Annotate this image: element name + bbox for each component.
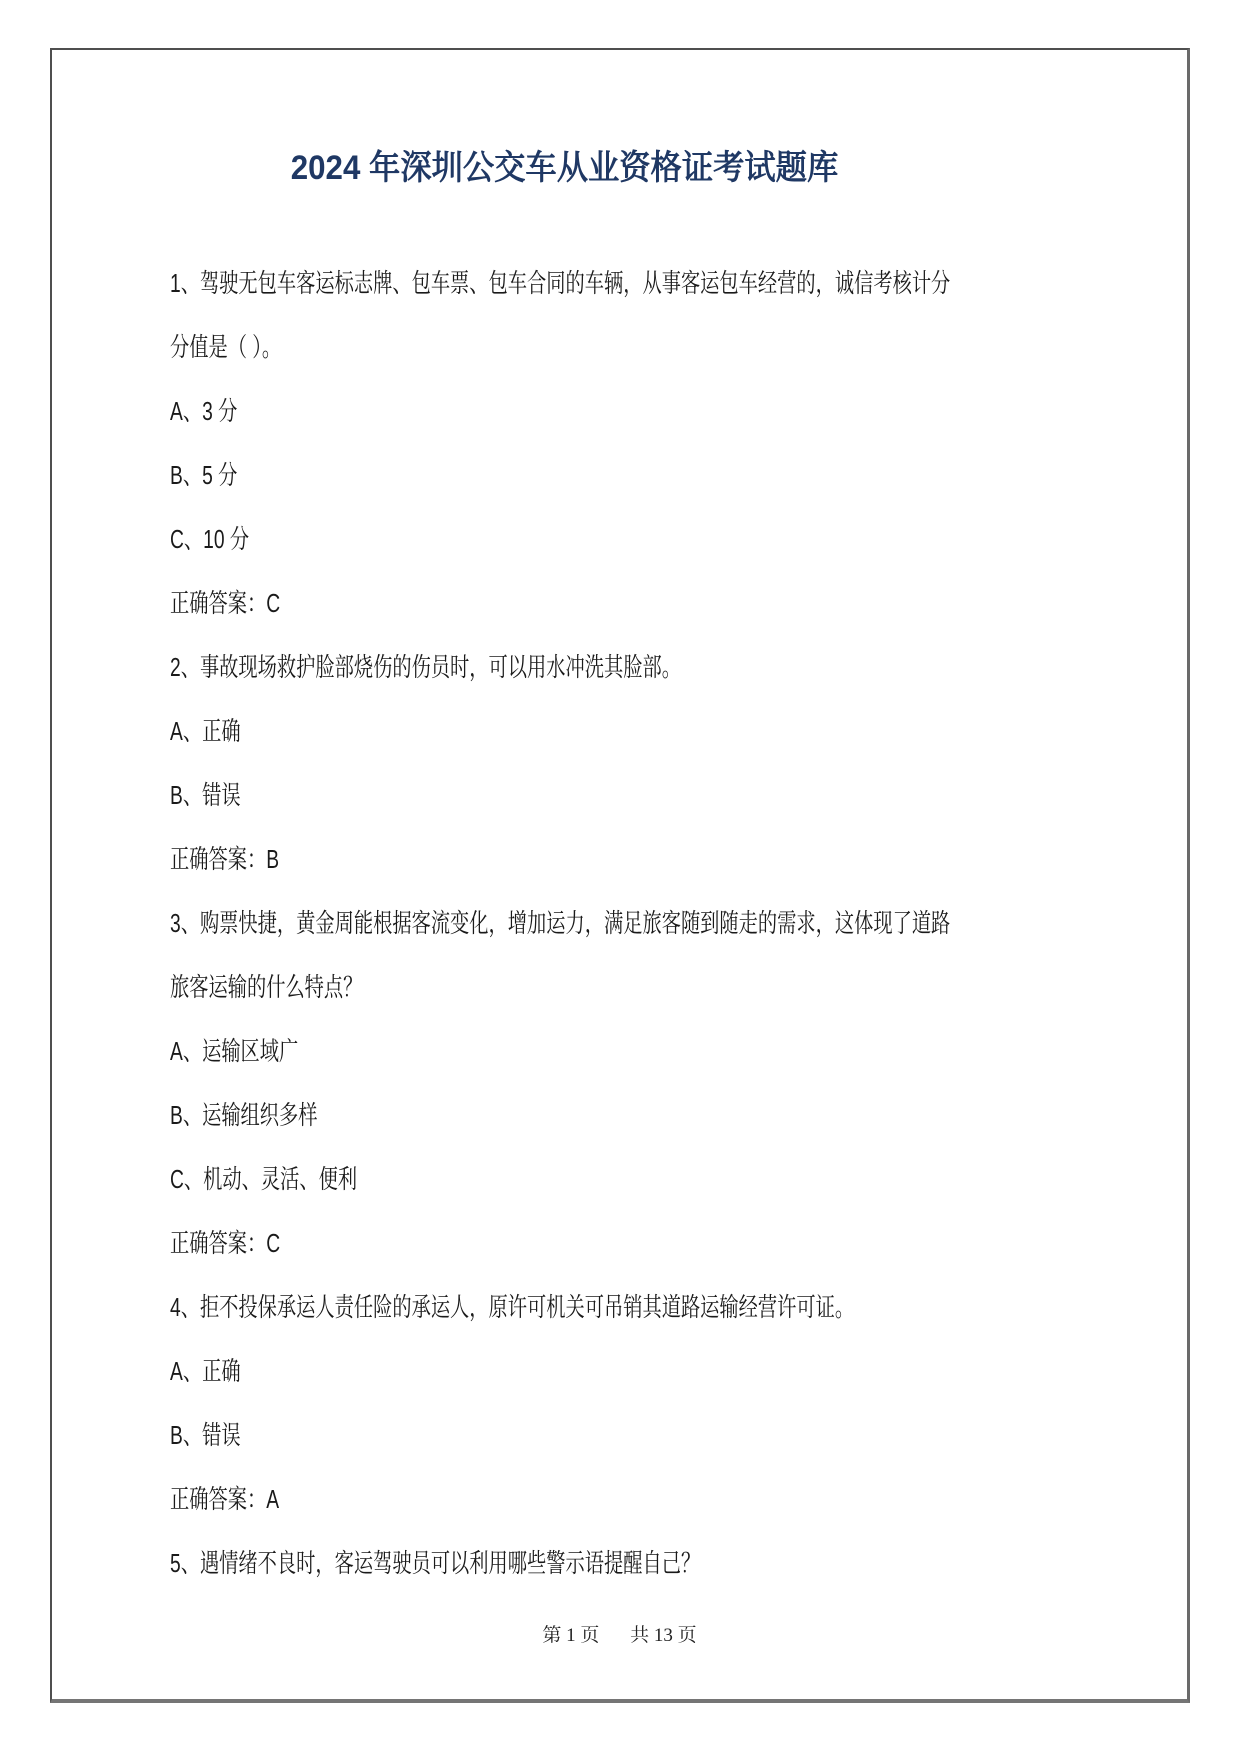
question-1-line-1: 1、驾驶无包车客运标志牌、包车票、包车合同的车辆，从事客运包车经营的，诚信考核计… bbox=[170, 251, 835, 315]
question-1-option-a: A、3 分 bbox=[170, 379, 835, 443]
question-4-answer: 正确答案：A bbox=[170, 1467, 835, 1531]
footer-current-page: 第 1 页 bbox=[542, 1625, 599, 1647]
question-3-line-1: 3、购票快捷，黄金周能根据客流变化，增加运力，满足旅客随到随走的需求，这体现了道… bbox=[170, 891, 835, 955]
question-4-option-a: A、正确 bbox=[170, 1339, 835, 1403]
question-3-option-a: A、运输区域广 bbox=[170, 1019, 835, 1083]
question-1-option-c: C、10 分 bbox=[170, 507, 835, 571]
page-footer: 第 1 页 共 13 页 bbox=[170, 1625, 1069, 1647]
page-border: 2024 年深圳公交车从业资格证考试题库 1、驾驶无包车客运标志牌、包车票、包车… bbox=[50, 48, 1190, 1703]
question-3-option-c: C、机动、灵活、便利 bbox=[170, 1147, 835, 1211]
question-2-line-1: 2、事故现场救护脸部烧伤的伤员时，可以用水冲洗其脸部。 bbox=[170, 635, 835, 699]
footer-total-pages: 共 13 页 bbox=[630, 1625, 697, 1647]
question-list: 1、驾驶无包车客运标志牌、包车票、包车合同的车辆，从事客运包车经营的，诚信考核计… bbox=[170, 251, 1069, 1595]
document-page: 2024 年深圳公交车从业资格证考试题库 1、驾驶无包车客运标志牌、包车票、包车… bbox=[0, 0, 1240, 1753]
question-1-answer: 正确答案：C bbox=[170, 571, 835, 635]
question-2-option-b: B、错误 bbox=[170, 763, 835, 827]
question-5-line-1: 5、遇情绪不良时，客运驾驶员可以利用哪些警示语提醒自己？ bbox=[170, 1531, 835, 1595]
question-3-line-2: 旅客运输的什么特点？ bbox=[170, 955, 835, 1019]
question-1-line-2: 分值是（ ）。 bbox=[170, 315, 835, 379]
question-2-option-a: A、正确 bbox=[170, 699, 835, 763]
question-4-line-1: 4、拒不投保承运人责任险的承运人，原许可机关可吊销其道路运输经营许可证。 bbox=[170, 1275, 835, 1339]
question-2-answer: 正确答案：B bbox=[170, 827, 835, 891]
document-title: 2024 年深圳公交车从业资格证考试题库 bbox=[202, 146, 928, 190]
question-1-option-b: B、5 分 bbox=[170, 443, 835, 507]
question-3-option-b: B、运输组织多样 bbox=[170, 1083, 835, 1147]
question-4-option-b: B、错误 bbox=[170, 1403, 835, 1467]
question-3-answer: 正确答案：C bbox=[170, 1211, 835, 1275]
page-content: 2024 年深圳公交车从业资格证考试题库 1、驾驶无包车客运标志牌、包车票、包车… bbox=[52, 50, 1187, 1699]
